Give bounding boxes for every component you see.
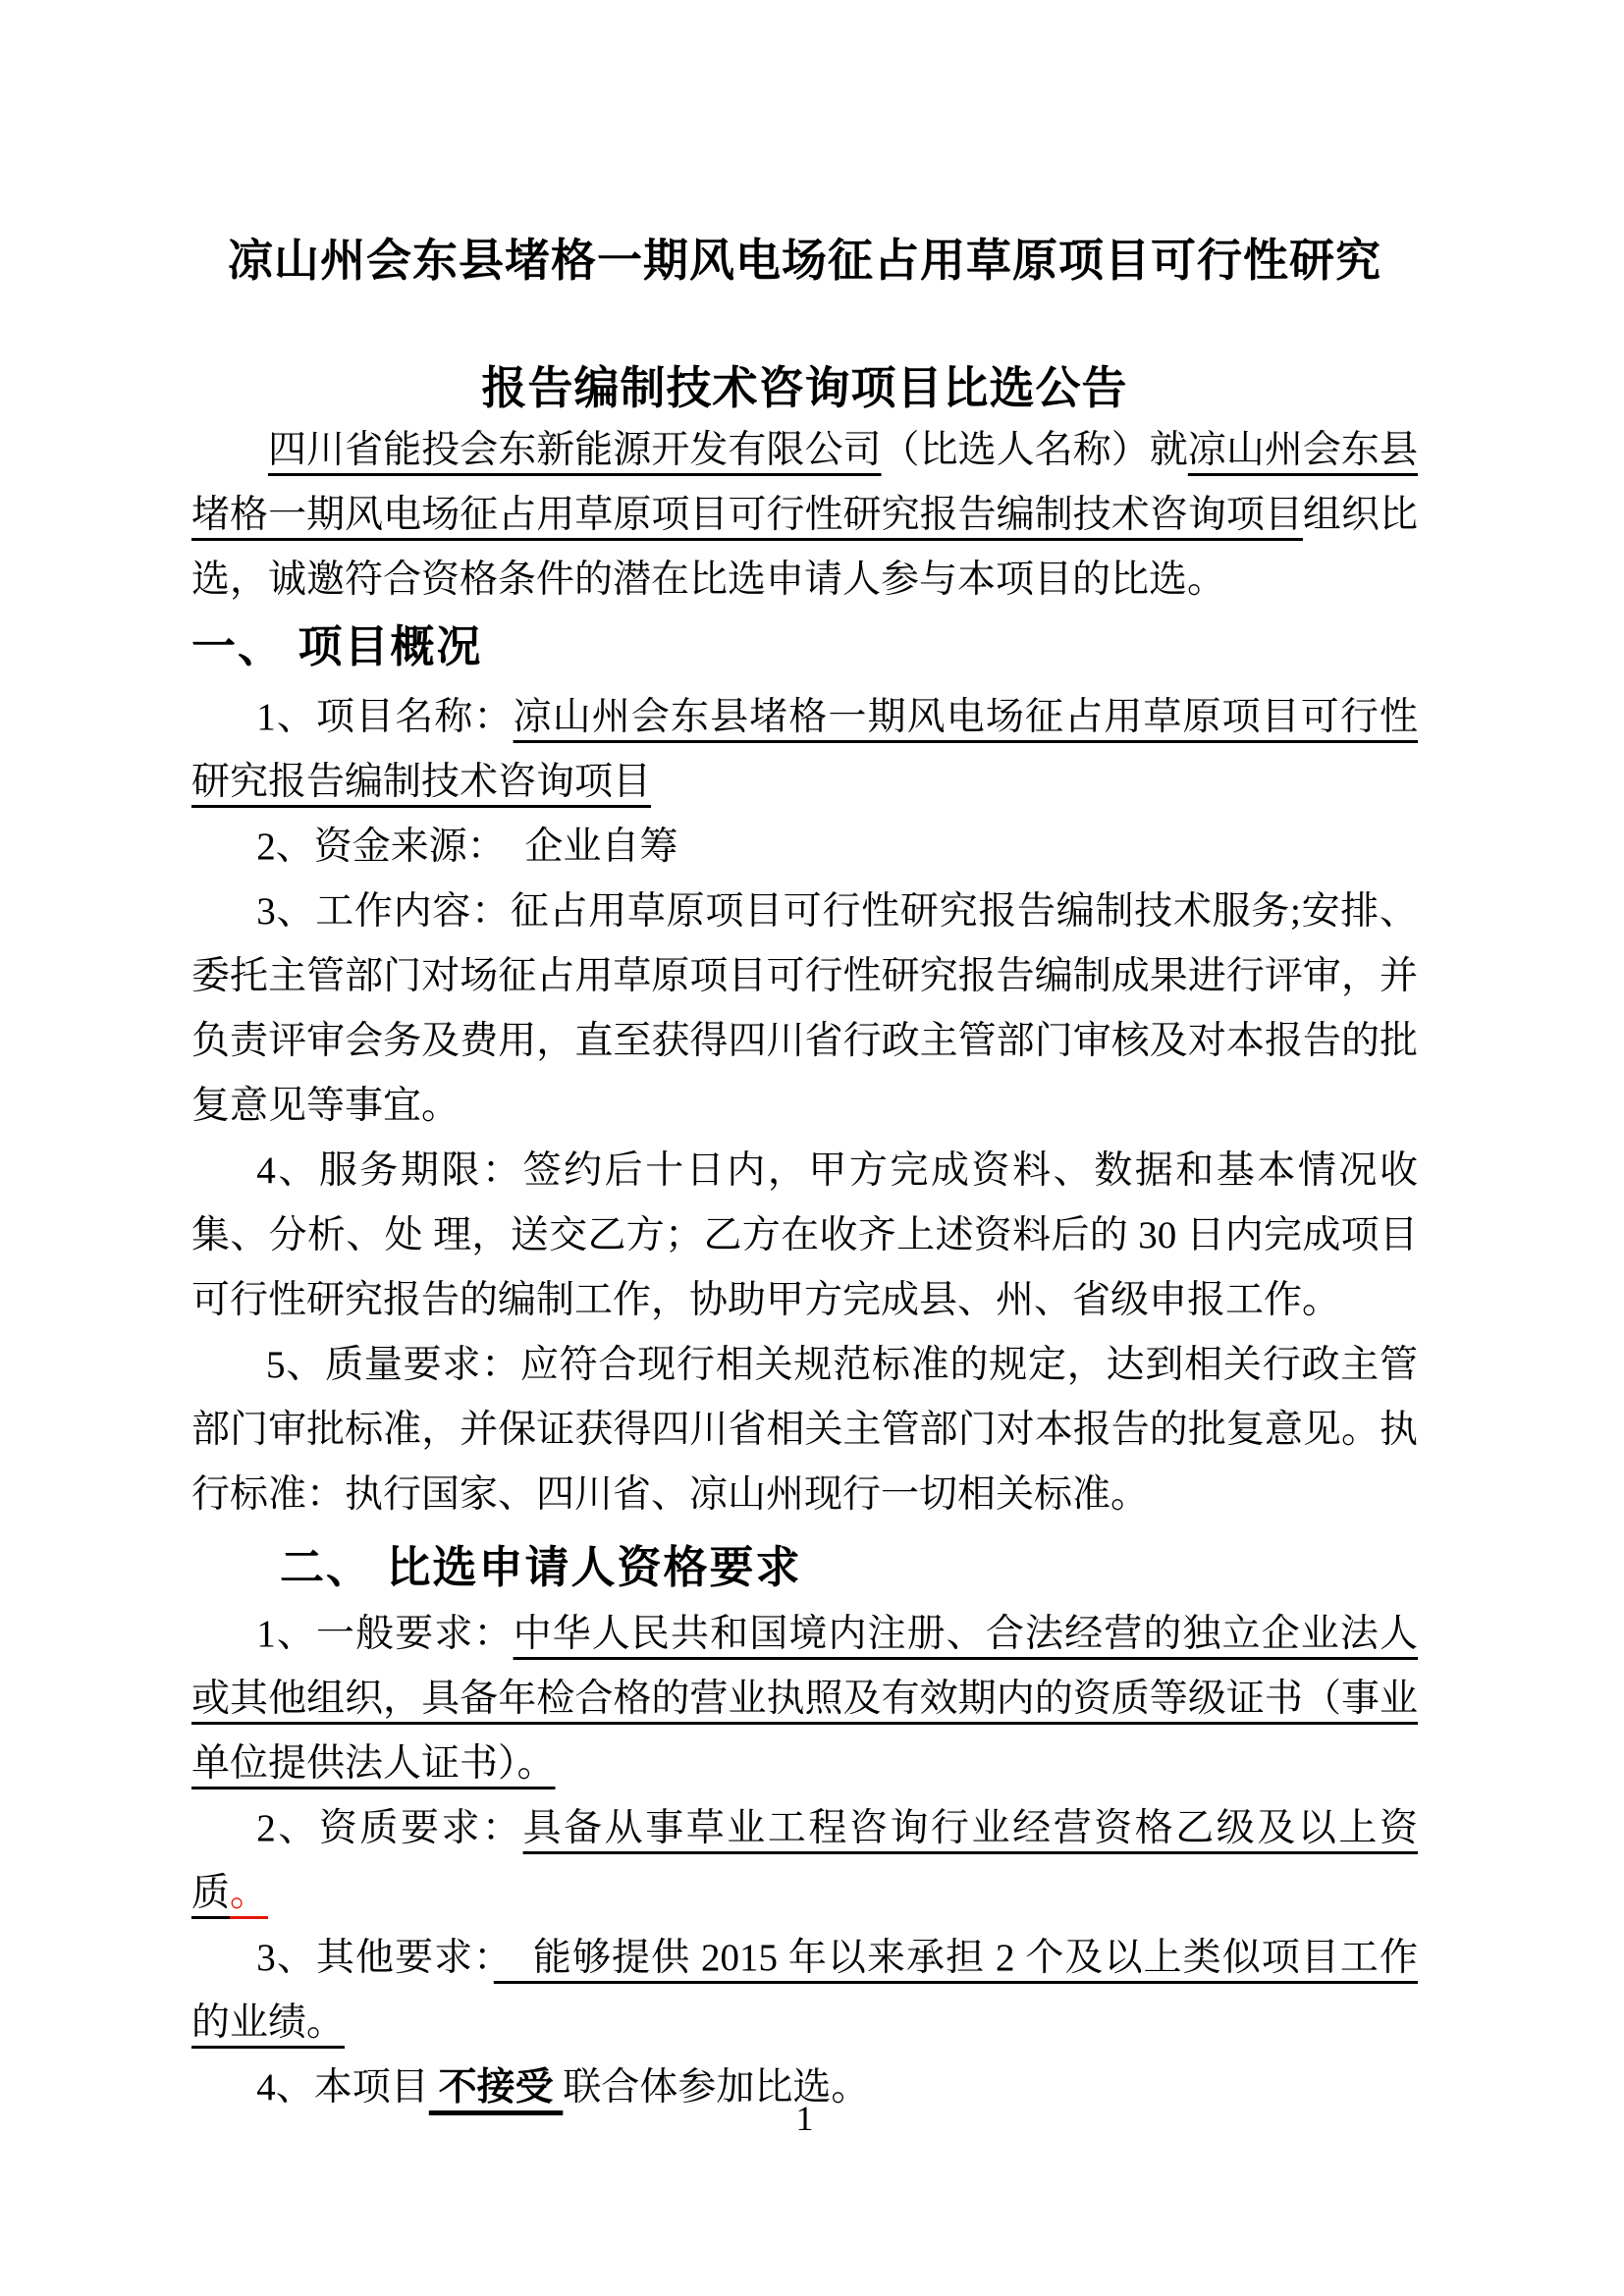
section1-item2: 2、资金来源： 企业自筹 xyxy=(191,815,1418,880)
applicant-name: 四川省能投会东新能源开发有限公司 xyxy=(268,429,882,471)
intro-mid-text: （比选人名称）就 xyxy=(882,429,1188,471)
section1-item5: 5、质量要求：应符合现行相关规范标准的规定，达到相关行政主管部门审批标准，并保证… xyxy=(191,1333,1418,1527)
section2-body: 1、一般要求：中华人民共和国境内注册、合法经营的独立企业法人或其他组织，具备年检… xyxy=(191,1602,1418,2120)
section2-item1: 1、一般要求：中华人民共和国境内注册、合法经营的独立企业法人或其他组织，具备年检… xyxy=(191,1602,1418,1796)
section1-item1: 1、项目名称：凉山州会东县堵格一期风电场征占用草原项目可行性研究报告编制技术咨询… xyxy=(191,685,1418,815)
section2-item2: 2、资质要求：具备从事草业工程咨询行业经营资格乙级及以上资质。 xyxy=(191,1796,1418,1926)
section1-heading: 一、 项目概况 xyxy=(191,618,1418,675)
s2-item3-label: 3、其他要求： xyxy=(256,1937,494,1979)
section2-heading: 二、 比选申请人资格要求 xyxy=(191,1539,1418,1596)
document-title-line2: 报告编制技术咨询项目比选公告 xyxy=(191,359,1418,418)
section1-item4: 4、服务期限：签约后十日内，甲方完成资料、数据和基本情况收集、分析、处 理，送交… xyxy=(191,1139,1418,1333)
section1-item3: 3、工作内容：征占用草原项目可行性研究报告编制技术服务;安排、委托主管部门对场征… xyxy=(191,880,1418,1139)
document-title-line1: 凉山州会东县堵格一期风电场征占用草原项目可行性研究 xyxy=(191,232,1418,291)
item2-funding-source: 企业自筹 xyxy=(486,826,677,868)
document-page: 凉山州会东县堵格一期风电场征占用草原项目可行性研究 报告编制技术咨询项目比选公告… xyxy=(0,0,1624,2296)
intro-paragraph: 四川省能投会东新能源开发有限公司（比选人名称）就凉山州会东县堵格一期风电场征占用… xyxy=(191,418,1418,613)
section1-body: 1、项目名称：凉山州会东县堵格一期风电场征占用草原项目可行性研究报告编制技术咨询… xyxy=(191,685,1418,1527)
item1-label: 1、项目名称： xyxy=(256,696,513,738)
section2-item3: 3、其他要求： 能够提供 2015 年以来承担 2 个及以上类似项目工作的业绩。 xyxy=(191,1926,1418,2056)
s2-item1-label: 1、一般要求： xyxy=(256,1613,513,1655)
item2-label: 2、资金来源： xyxy=(256,826,486,868)
s2-item2-label: 2、资质要求： xyxy=(256,1807,522,1849)
page-number: 1 xyxy=(0,2099,1609,2138)
s2-item2-red-period: 。 xyxy=(230,1872,268,1914)
